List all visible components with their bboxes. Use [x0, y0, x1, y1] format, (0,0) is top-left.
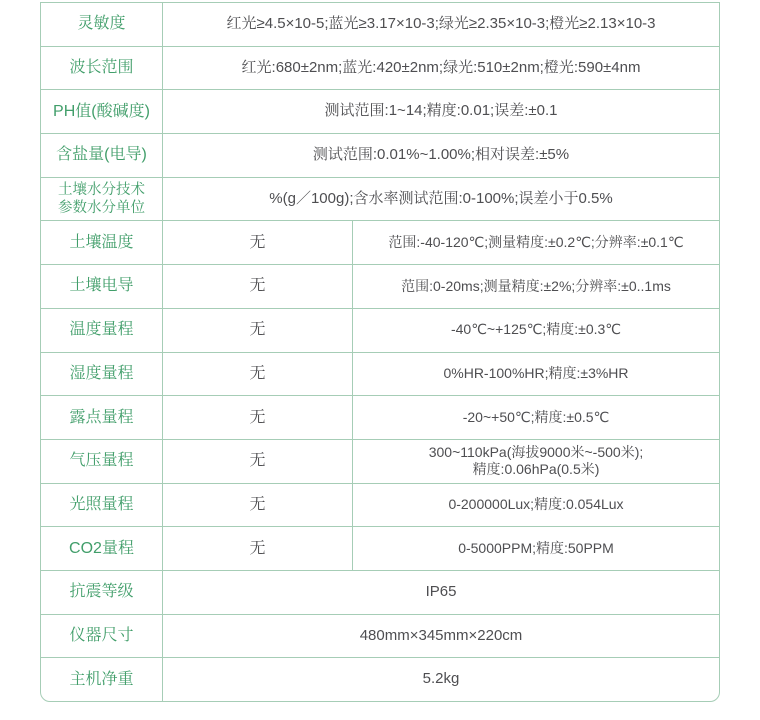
- spec-none-cell: 无: [163, 527, 353, 570]
- spec-none-cell: 无: [163, 440, 353, 483]
- spec-row: 土壤温度无范围:-40-120℃;测量精度:±0.2℃;分辨率:±0.1℃: [41, 220, 719, 264]
- spec-parameter-label: 温度量程: [41, 309, 163, 352]
- spec-row: 含盐量(电导)测试范围:0.01%~1.00%;相对误差:±5%: [41, 133, 719, 177]
- spec-value-cell: -40℃~+125℃;精度:±0.3℃: [353, 309, 719, 352]
- spec-value-cell: 范围:-40-120℃;测量精度:±0.2℃;分辨率:±0.1℃: [353, 221, 719, 264]
- spec-parameter-label: 含盐量(电导): [41, 134, 163, 177]
- spec-value-cell: 0%HR-100%HR;精度:±3%HR: [353, 353, 719, 396]
- spec-none-cell: 无: [163, 353, 353, 396]
- spec-parameter-label: 湿度量程: [41, 353, 163, 396]
- spec-row: 主机净重5.2kg: [41, 657, 719, 701]
- spec-row: 仪器尺寸480mm×345mm×220cm: [41, 614, 719, 658]
- spec-parameter-label: CO2量程: [41, 527, 163, 570]
- spec-parameter-label: 土壤电导: [41, 265, 163, 308]
- spec-parameter-label: PH值(酸碱度): [41, 90, 163, 133]
- spec-parameter-label: 仪器尺寸: [41, 615, 163, 658]
- spec-row: 灵敏度红光≥4.5×10-5;蓝光≥3.17×10-3;绿光≥2.35×10-3…: [41, 3, 719, 46]
- spec-row: CO2量程无0-5000PPM;精度:50PPM: [41, 526, 719, 570]
- spec-row: 光照量程无0-200000Lux;精度:0.054Lux: [41, 483, 719, 527]
- spec-none-cell: 无: [163, 396, 353, 439]
- spec-parameter-label: 波长范围: [41, 47, 163, 90]
- spec-value-cell: 0-5000PPM;精度:50PPM: [353, 527, 719, 570]
- spec-none-cell: 无: [163, 221, 353, 264]
- spec-row: 波长范围红光:680±2nm;蓝光:420±2nm;绿光:510±2nm;橙光:…: [41, 46, 719, 90]
- spec-value-cell: IP65: [163, 571, 719, 614]
- spec-parameter-label: 露点量程: [41, 396, 163, 439]
- spec-value-cell: %(g／100g);含水率测试范围:0-100%;误差小于0.5%: [163, 178, 719, 221]
- spec-row: 露点量程无-20~+50℃;精度:±0.5℃: [41, 395, 719, 439]
- spec-none-cell: 无: [163, 484, 353, 527]
- spec-parameter-label: 光照量程: [41, 484, 163, 527]
- spec-value-cell: 范围:0-20ms;测量精度:±2%;分辨率:±0..1ms: [353, 265, 719, 308]
- spec-value-cell: 红光:680±2nm;蓝光:420±2nm;绿光:510±2nm;橙光:590±…: [163, 47, 719, 90]
- spec-value-cell: 480mm×345mm×220cm: [163, 615, 719, 658]
- spec-row: 气压量程无300~110kPa(海拔9000米~-500米); 精度:0.06h…: [41, 439, 719, 483]
- spec-parameter-label: 抗震等级: [41, 571, 163, 614]
- spec-none-cell: 无: [163, 265, 353, 308]
- spec-value-cell: 300~110kPa(海拔9000米~-500米); 精度:0.06hPa(0.…: [353, 440, 719, 483]
- spec-row: PH值(酸碱度)测试范围:1~14;精度:0.01;误差:±0.1: [41, 89, 719, 133]
- spec-value-cell: 测试范围:1~14;精度:0.01;误差:±0.1: [163, 90, 719, 133]
- spec-parameter-label: 主机净重: [41, 658, 163, 701]
- spec-row: 湿度量程无0%HR-100%HR;精度:±3%HR: [41, 352, 719, 396]
- spec-value-cell: 红光≥4.5×10-5;蓝光≥3.17×10-3;绿光≥2.35×10-3;橙光…: [163, 3, 719, 46]
- spec-parameter-label: 土壤水分技术 参数水分单位: [41, 178, 163, 221]
- spec-row: 土壤水分技术 参数水分单位%(g／100g);含水率测试范围:0-100%;误差…: [41, 177, 719, 221]
- spec-value-cell: 0-200000Lux;精度:0.054Lux: [353, 484, 719, 527]
- spec-value-cell: 测试范围:0.01%~1.00%;相对误差:±5%: [163, 134, 719, 177]
- spec-parameter-label: 灵敏度: [41, 3, 163, 46]
- spec-row: 抗震等级IP65: [41, 570, 719, 614]
- specification-table: 灵敏度红光≥4.5×10-5;蓝光≥3.17×10-3;绿光≥2.35×10-3…: [40, 2, 720, 702]
- spec-parameter-label: 气压量程: [41, 440, 163, 483]
- spec-row: 温度量程无-40℃~+125℃;精度:±0.3℃: [41, 308, 719, 352]
- spec-row: 土壤电导无范围:0-20ms;测量精度:±2%;分辨率:±0..1ms: [41, 264, 719, 308]
- spec-parameter-label: 土壤温度: [41, 221, 163, 264]
- spec-none-cell: 无: [163, 309, 353, 352]
- spec-value-cell: -20~+50℃;精度:±0.5℃: [353, 396, 719, 439]
- spec-value-cell: 5.2kg: [163, 658, 719, 701]
